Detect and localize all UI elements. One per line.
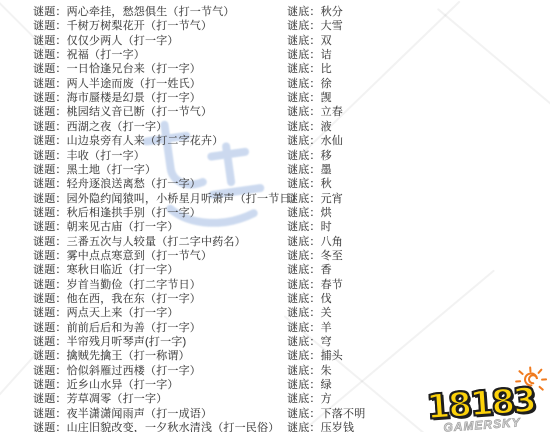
riddle-row: 谜题：海市蜃楼是幻景（打一字） 谜底：觊 xyxy=(0,89,550,103)
riddle-question-label: 谜题： xyxy=(33,20,67,32)
riddle-question-text: 两点天上来（打一字） xyxy=(67,307,179,319)
riddle-question-text: 擒贼先擒王（打一称谓） xyxy=(67,350,190,362)
riddle-row: 谜题：寒秋日临近（打一字） 谜底：香 xyxy=(0,261,550,275)
riddle-row: 谜题：雾中点点寒意到（打一节气） 谜底：冬至 xyxy=(0,247,550,261)
riddle-question-label: 谜题： xyxy=(33,6,67,18)
riddle-answer-text: 大雪 xyxy=(321,20,343,32)
riddle-row: 谜题：祝福（打一字） 谜底：诘 xyxy=(0,46,550,60)
riddle-answer-label: 谜底： xyxy=(287,221,321,233)
riddle-question-text: 夜半潇潇闻雨声（打一成语） xyxy=(67,408,213,420)
riddle-row: 谜题：丰收（打一字） 谜底：移 xyxy=(0,147,550,161)
riddle-row: 谜题：三番五次与人较量（打二字中药名） 谜底：八角 xyxy=(0,233,550,247)
riddle-question-text: 轻舟逐浪送离愁（打一字） xyxy=(67,178,201,190)
riddle-answer-text: 方 xyxy=(321,393,332,405)
riddle-answer-label: 谜底： xyxy=(287,422,321,432)
riddle-question-text: 桃园结义音已断（打一节气） xyxy=(67,106,213,118)
riddle-question-label: 谜题： xyxy=(33,264,67,276)
riddle-question-label: 谜题： xyxy=(33,207,67,219)
riddle-answer-label: 谜底： xyxy=(287,365,321,377)
riddle-answer-text: 羊 xyxy=(321,322,332,334)
riddle-question-text: 芳草凋零（打一字） xyxy=(67,393,168,405)
riddle-answer-label: 谜底： xyxy=(287,350,321,362)
riddle-answer-label: 谜底： xyxy=(287,207,321,219)
riddle-row: 谜题：秋后相逢拱手别（打一字） 谜底：烘 xyxy=(0,204,550,218)
riddle-row: 谜题：前前后后和为善（打一字） 谜底：羊 xyxy=(0,319,550,333)
riddle-answer-text: 水仙 xyxy=(321,135,343,147)
riddle-answer-label: 谜底： xyxy=(287,121,321,133)
riddle-question-label: 谜题： xyxy=(33,92,67,104)
riddle-question-text: 丰收（打一字） xyxy=(67,150,145,162)
riddle-question-label: 谜题： xyxy=(33,178,67,190)
riddle-answer-text: 立春 xyxy=(321,106,343,118)
riddle-question-text: 一日恰逢兄台来（打一字） xyxy=(67,63,201,75)
riddle-answer-text: 秋 xyxy=(321,178,332,190)
riddle-question-label: 谜题： xyxy=(33,350,67,362)
riddle-answer-label: 谜底： xyxy=(287,35,321,47)
riddle-answer-label: 谜底： xyxy=(287,307,321,319)
riddle-row: 谜题：擒贼先擒王（打一称谓） 谜底：捕头 xyxy=(0,347,550,361)
riddle-answer-text: 时 xyxy=(321,221,332,233)
riddle-question-label: 谜题： xyxy=(33,49,67,61)
riddle-row: 谜题：园外隐约闻猿叫，小桥星月听萧声（打一节日） 谜底：元宵 xyxy=(0,190,550,204)
riddle-question-text: 山边泉旁有人来（打二字花卉） xyxy=(67,135,224,147)
riddle-question-label: 谜题： xyxy=(33,250,67,262)
riddle-question-text: 两人半途而废（打一姓氏） xyxy=(67,78,201,90)
riddle-question-label: 谜题： xyxy=(33,307,67,319)
riddle-question-label: 谜题： xyxy=(33,135,67,147)
riddle-question-text: 前前后后和为善（打一字） xyxy=(67,322,201,334)
riddle-question-label: 谜题： xyxy=(33,336,67,348)
riddle-answer-label: 谜底： xyxy=(287,393,321,405)
riddle-answer-text: 捕头 xyxy=(321,350,343,362)
riddle-question-label: 谜题： xyxy=(33,422,67,432)
riddle-answer-label: 谜底： xyxy=(287,135,321,147)
riddle-question: 谜题：山庄旧貌改变，一夕秋水清浅（打一民俗） xyxy=(33,419,279,432)
riddle-answer-label: 谜底： xyxy=(287,193,321,205)
article-page: 谜题：两心牵挂，愁怨俱生（打一节气） 谜底：秋分 谜题：千树万树梨花开（打一节气… xyxy=(0,0,550,432)
riddle-row: 谜题：两心牵挂，愁怨俱生（打一节气） 谜底：秋分 xyxy=(0,3,550,17)
riddle-answer-text: 墨 xyxy=(321,164,332,176)
riddle-answer-label: 谜底： xyxy=(287,408,321,420)
riddle-row: 谜题：恰似斜雁过西楼（打一字） 谜底：朱 xyxy=(0,362,550,376)
riddle-answer-text: 冬至 xyxy=(321,250,343,262)
riddle-answer-label: 谜底： xyxy=(287,49,321,61)
riddle-answer-label: 谜底： xyxy=(287,322,321,334)
riddle-answer-text: 香 xyxy=(321,264,332,276)
riddle-answer-label: 谜底： xyxy=(287,279,321,291)
riddle-question-text: 西湖之夜（打一字） xyxy=(67,121,168,133)
riddle-answer-label: 谜底： xyxy=(287,92,321,104)
riddle-question-text: 千树万树梨花开（打一节气） xyxy=(67,20,213,32)
riddle-question-label: 谜题： xyxy=(33,279,67,291)
sun-doodle-icon xyxy=(513,364,549,396)
riddle-answer-text: 伐 xyxy=(321,293,332,305)
riddle-answer-label: 谜底： xyxy=(287,250,321,262)
riddle-question-label: 谜题： xyxy=(33,322,67,334)
riddle-question-label: 谜题： xyxy=(33,121,67,133)
riddle-question-text: 雾中点点寒意到（打一节气） xyxy=(67,250,213,262)
riddle-answer-text: 秋分 xyxy=(321,6,343,18)
riddle-question-text: 山庄旧貌改变，一夕秋水清浅（打一民俗） xyxy=(67,422,280,432)
riddle-answer-label: 谜底： xyxy=(287,150,321,162)
riddle-answer-text: 朱 xyxy=(321,365,332,377)
site-logo: 18183 GAMERSKY xyxy=(415,383,548,432)
riddle-row: 谜题：千树万树梨花开（打一节气） 谜底：大雪 xyxy=(0,17,550,31)
riddle-answer-label: 谜底： xyxy=(287,78,321,90)
riddle-row: 谜题：半帘残月听琴声(打一字) 谜底：穹 xyxy=(0,333,550,347)
riddle-question-label: 谜题： xyxy=(33,150,67,162)
riddle-question-label: 谜题： xyxy=(33,193,67,205)
riddle-answer-text: 下落不明 xyxy=(321,408,366,420)
riddle-question-label: 谜题： xyxy=(33,35,67,47)
riddle-row: 谜题：他在西，我在东（打一字） 谜底：伐 xyxy=(0,290,550,304)
riddle-answer-label: 谜底： xyxy=(287,336,321,348)
riddle-question-label: 谜题： xyxy=(33,106,67,118)
riddle-question-label: 谜题： xyxy=(33,293,67,305)
riddle-question-label: 谜题： xyxy=(33,408,67,420)
riddle-question-text: 他在西，我在东（打一字） xyxy=(67,293,201,305)
riddle-answer-label: 谜底： xyxy=(287,293,321,305)
riddle-question-label: 谜题： xyxy=(33,78,67,90)
riddle-question-label: 谜题： xyxy=(33,221,67,233)
riddle-answer-label: 谜底： xyxy=(287,6,321,18)
riddle-question-label: 谜题： xyxy=(33,63,67,75)
riddle-list: 谜题：两心牵挂，愁怨俱生（打一节气） 谜底：秋分 谜题：千树万树梨花开（打一节气… xyxy=(0,0,550,432)
riddle-answer-label: 谜底： xyxy=(287,20,321,32)
riddle-question-text: 园外隐约闻猿叫，小桥星月听萧声（打一节日） xyxy=(67,193,302,205)
riddle-question-text: 朝来见古庙（打一字） xyxy=(67,221,179,233)
riddle-row: 谜题：两点天上来（打一字） 谜底：关 xyxy=(0,304,550,318)
riddle-answer-label: 谜底： xyxy=(287,106,321,118)
riddle-answer-text: 比 xyxy=(321,63,332,75)
riddle-question-text: 两心牵挂，愁怨俱生（打一节气） xyxy=(67,6,235,18)
riddle-question-label: 谜题： xyxy=(33,236,67,248)
riddle-answer-text: 压岁钱 xyxy=(321,422,355,432)
riddle-question-text: 黑土地（打一字） xyxy=(67,164,157,176)
riddle-answer-text: 液 xyxy=(321,121,332,133)
riddle-row: 谜题：西湖之夜（打一字） 谜底：液 xyxy=(0,118,550,132)
riddle-question-text: 岁首当勤俭（打二字节日） xyxy=(67,279,201,291)
riddle-answer-label: 谜底： xyxy=(287,379,321,391)
riddle-question-text: 半帘残月听琴声(打一字) xyxy=(67,336,187,348)
riddle-row: 谜题：朝来见古庙（打一字） 谜底：时 xyxy=(0,218,550,232)
riddle-question-label: 谜题： xyxy=(33,164,67,176)
riddle-answer-text: 元宵 xyxy=(321,193,343,205)
riddle-answer-label: 谜底： xyxy=(287,264,321,276)
riddle-answer-text: 徐 xyxy=(321,78,332,90)
riddle-answer-label: 谜底： xyxy=(287,63,321,75)
riddle-question-text: 近乡山水异（打一字） xyxy=(67,379,179,391)
riddle-answer-text: 诘 xyxy=(321,49,332,61)
riddle-row: 谜题：黑土地（打一字） 谜底：墨 xyxy=(0,161,550,175)
riddle-question-text: 祝福（打一字） xyxy=(67,49,145,61)
riddle-answer-text: 八角 xyxy=(321,236,343,248)
riddle-question-text: 秋后相逢拱手别（打一字） xyxy=(67,207,201,219)
riddle-answer-text: 绿 xyxy=(321,379,332,391)
riddle-row: 谜题：桃园结义音已断（打一节气） 谜底：立春 xyxy=(0,103,550,117)
riddle-answer-text: 关 xyxy=(321,307,332,319)
riddle-row: 谜题：山边泉旁有人来（打二字花卉） 谜底：水仙 xyxy=(0,132,550,146)
riddle-question-label: 谜题： xyxy=(33,365,67,377)
riddle-answer-text: 移 xyxy=(321,150,332,162)
riddle-row: 谜题：岁首当勤俭（打二字节日） 谜底：春节 xyxy=(0,276,550,290)
riddle-question-text: 寒秋日临近（打一字） xyxy=(67,264,179,276)
riddle-answer-text: 春节 xyxy=(321,279,343,291)
riddle-answer-text: 觊 xyxy=(321,92,332,104)
riddle-answer-text: 烘 xyxy=(321,207,332,219)
riddle-answer-text: 双 xyxy=(321,35,332,47)
riddle-question-text: 仅仅少两人（打一字） xyxy=(67,35,179,47)
riddle-question-text: 海市蜃楼是幻景（打一字） xyxy=(67,92,201,104)
riddle-question-label: 谜题： xyxy=(33,393,67,405)
riddle-row: 谜题：轻舟逐浪送离愁（打一字） 谜底：秋 xyxy=(0,175,550,189)
riddle-row: 谜题：一日恰逢兄台来（打一字） 谜底：比 xyxy=(0,60,550,74)
riddle-answer-label: 谜底： xyxy=(287,236,321,248)
riddle-question-label: 谜题： xyxy=(33,379,67,391)
riddle-row: 谜题：两人半途而废（打一姓氏） 谜底：徐 xyxy=(0,75,550,89)
riddle-question-text: 恰似斜雁过西楼（打一字） xyxy=(67,365,201,377)
riddle-answer-text: 穹 xyxy=(321,336,332,348)
riddle-answer-label: 谜底： xyxy=(287,164,321,176)
riddle-row: 谜题：仅仅少两人（打一字） 谜底：双 xyxy=(0,32,550,46)
riddle-answer-label: 谜底： xyxy=(287,178,321,190)
riddle-question-text: 三番五次与人较量（打二字中药名） xyxy=(67,236,246,248)
riddle-answer: 谜底：压岁钱 xyxy=(287,419,354,432)
